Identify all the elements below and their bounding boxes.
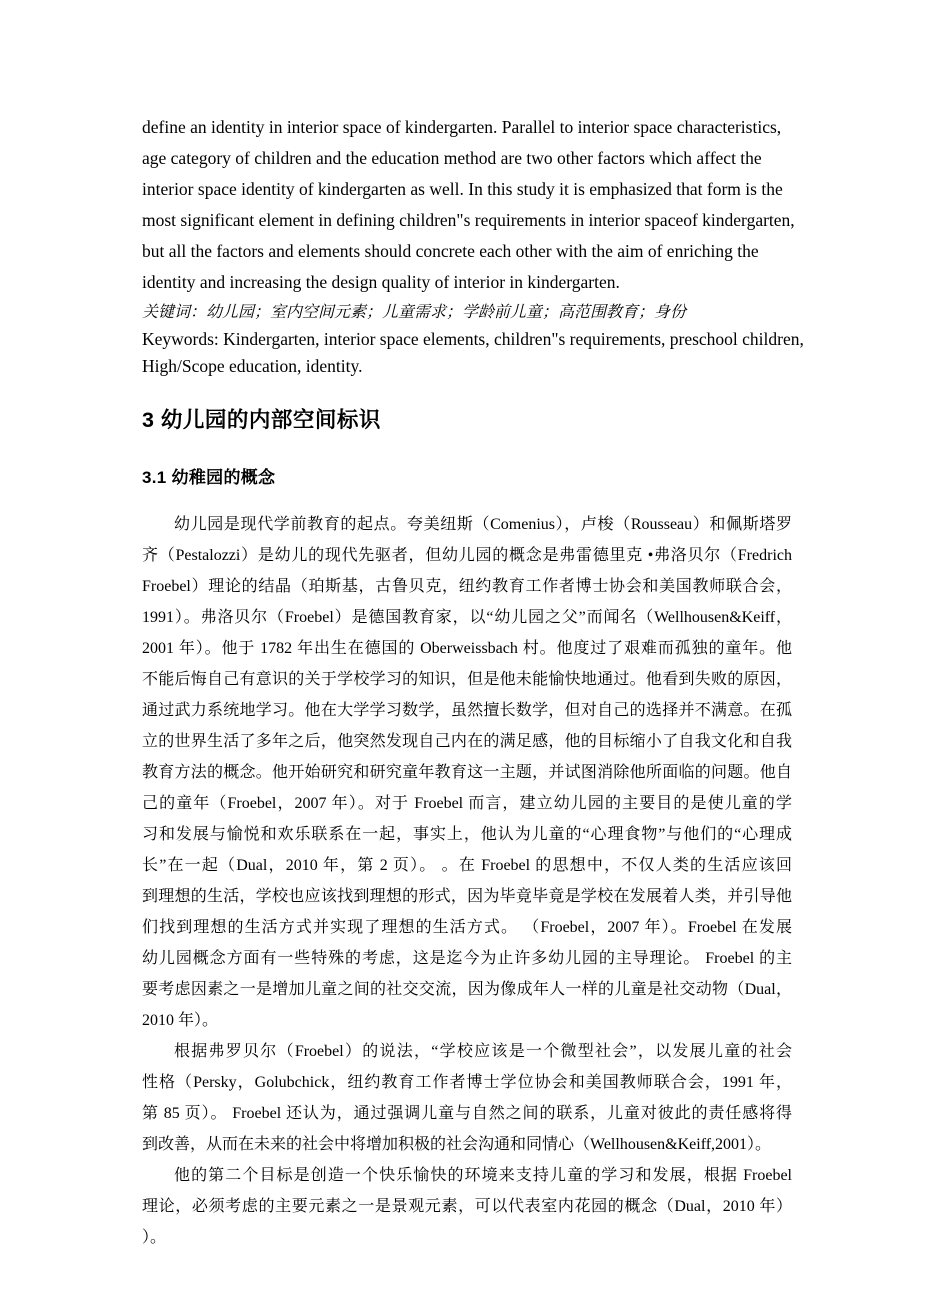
keywords-english-line: High/Scope education, identity. — [142, 353, 926, 380]
body-line: 要考虑因素之一是增加儿童之间的社交交流，因为像成年人一样的儿童是社交动物（Dua… — [142, 974, 792, 1005]
abstract-line: interior space identity of kindergarten … — [142, 174, 926, 205]
body-line: 齐（Pestalozzi）是幼儿的现代先驱者，但幼儿园的概念是弗雷德里克 •弗洛… — [142, 540, 792, 571]
body-line: 第 85 页）。 Froebel 还认为，通过强调儿童与自然之间的联系，儿童对彼… — [142, 1098, 792, 1129]
body-paragraph-2: 根据弗罗贝尔（Froebel）的说法，“学校应该是一个微型社会”，以发展儿童的社… — [142, 1036, 792, 1160]
section-heading: 3 幼儿园的内部空间标识 — [142, 405, 926, 435]
keywords-english: Keywords: Kindergarten, interior space e… — [142, 326, 926, 380]
body-line: 教育方法的概念。他开始研究和研究童年教育这一主题，并试图消除他所面临的问题。他自 — [142, 757, 792, 788]
keywords-chinese: 关键词：幼儿园；室内空间元素；儿童需求；学龄前儿童；高范围教育；身份 — [142, 299, 926, 326]
body-line: 根据弗罗贝尔（Froebel）的说法，“学校应该是一个微型社会”，以发展儿童的社… — [142, 1036, 792, 1067]
body-paragraph-3: 他的第二个目标是创造一个快乐愉快的环境来支持儿童的学习和发展，根据 Froebe… — [142, 1160, 792, 1253]
abstract-line: but all the factors and elements should … — [142, 236, 926, 267]
body-line: 他的第二个目标是创造一个快乐愉快的环境来支持儿童的学习和发展，根据 Froebe… — [142, 1160, 792, 1191]
body-line: 幼儿园概念方面有一些特殊的考虑，这是迄今为止许多幼儿园的主导理论。 Froebe… — [142, 943, 792, 974]
abstract-line: most significant element in defining chi… — [142, 205, 926, 236]
body-line: 通过武力系统地学习。他在大学学习数学，虽然擅长数学，但对自己的选择并不满意。在孤 — [142, 695, 792, 726]
body-line: 己的童年（Froebel，2007 年）。对于 Froebel 而言，建立幼儿园… — [142, 788, 792, 819]
subsection-heading: 3.1 幼稚园的概念 — [142, 466, 926, 490]
document-page: define an identity in interior space of … — [0, 0, 926, 1309]
body-line: 1991）。弗洛贝尔（Froebel）是德国教育家，以“幼儿园之父”而闻名（We… — [142, 602, 792, 633]
abstract-line: age category of children and the educati… — [142, 143, 926, 174]
body-line: 幼儿园是现代学前教育的起点。夸美纽斯（Comenius），卢梭（Rousseau… — [142, 509, 792, 540]
body-line: 到改善，从而在未来的社会中将增加积极的社会沟通和同情心（Wellhousen&K… — [142, 1129, 792, 1160]
body-paragraph-1: 幼儿园是现代学前教育的起点。夸美纽斯（Comenius），卢梭（Rousseau… — [142, 509, 792, 1036]
body-line: 们找到理想的生活方式并实现了理想的生活方式。 （Froebel，2007 年）。… — [142, 912, 792, 943]
body-line: 理论，必须考虑的主要元素之一是景观元素，可以代表室内花园的概念（Dual，201… — [142, 1191, 792, 1253]
body-line: 2010 年）。 — [142, 1005, 792, 1036]
body-line: 性格（Persky，Golubchick，纽约教育工作者博士学位协会和美国教师联… — [142, 1067, 792, 1098]
body-line: 不能后悔自己有意识的关于学校学习的知识，但是他未能愉快地通过。他看到失败的原因， — [142, 664, 792, 695]
body-line: 长”在一起（Dual，2010 年，第 2 页）。 。在 Froebel 的思想… — [142, 850, 792, 881]
keywords-english-line: Keywords: Kindergarten, interior space e… — [142, 326, 926, 353]
abstract-line: identity and increasing the design quali… — [142, 267, 926, 298]
body-line: 习和发展与愉悦和欢乐联系在一起，事实上，他认为儿童的“心理食物”与他们的“心理成 — [142, 819, 792, 850]
abstract-line: define an identity in interior space of … — [142, 112, 926, 143]
body-line: 2001 年）。他于 1782 年出生在德国的 Oberweissbach 村。… — [142, 633, 792, 664]
keywords-block: 关键词：幼儿园；室内空间元素；儿童需求；学龄前儿童；高范围教育；身份 Keywo… — [142, 299, 926, 380]
abstract-paragraph: define an identity in interior space of … — [142, 112, 926, 298]
body-line: 立的世界生活了多年之后，他突然发现自己内在的满足感，他的目标缩小了自我文化和自我 — [142, 726, 792, 757]
body-line: 到理想的生活，学校也应该找到理想的形式，因为毕竟毕竟是学校在发展着人类，并引导他 — [142, 881, 792, 912]
body-line: Froebel）理论的结晶（珀斯基，古鲁贝克，纽约教育工作者博士协会和美国教师联… — [142, 571, 792, 602]
